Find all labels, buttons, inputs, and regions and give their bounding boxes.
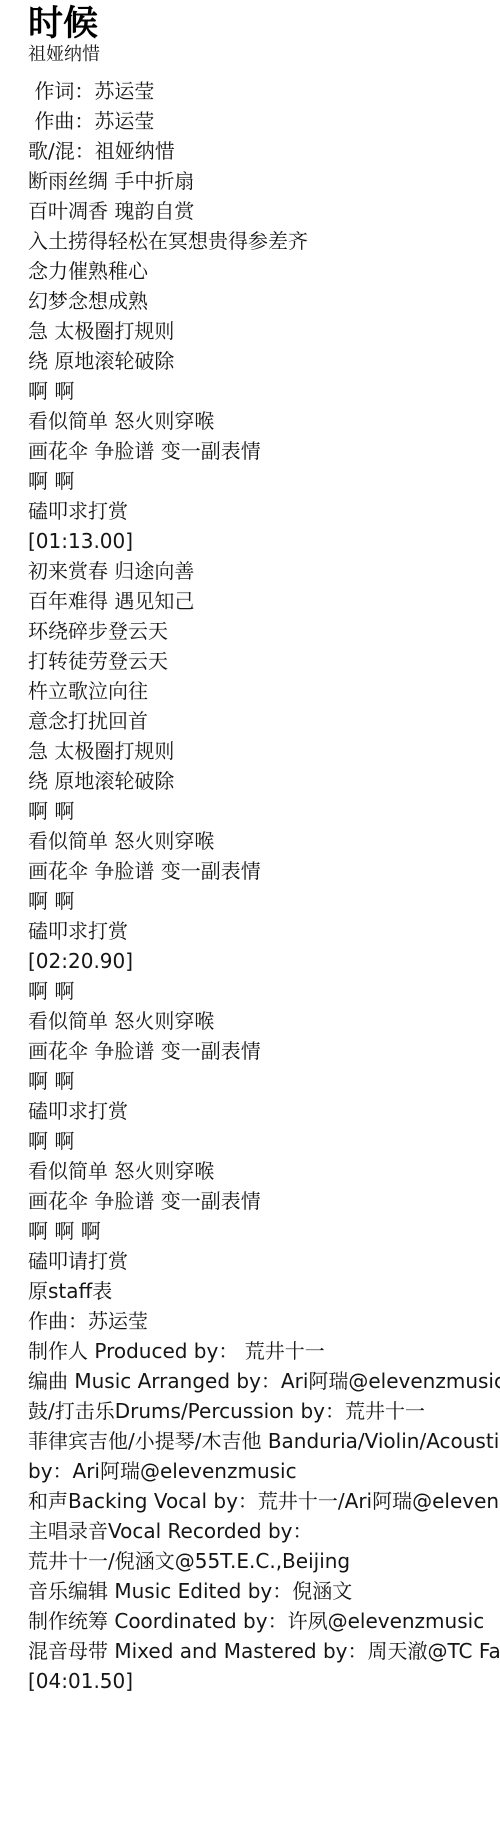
lyric-line: 急 太极圈打规则 xyxy=(28,736,500,766)
lyric-line: 磕叩求打赏 xyxy=(28,916,500,946)
lyric-line: 混音母带 Mixed and Mastered by：周天澈@TC Faders xyxy=(28,1636,500,1666)
lyric-line: 啊 啊 xyxy=(28,466,500,496)
lyric-line: 磕叩求打赏 xyxy=(28,1096,500,1126)
lyric-line: 急 太极圈打规则 xyxy=(28,316,500,346)
lyric-line: 啊 啊 xyxy=(28,1066,500,1096)
lyric-line: 制作人 Produced by： 荒井十一 xyxy=(28,1336,500,1366)
lyric-line: 磕叩请打赏 xyxy=(28,1246,500,1276)
lyric-line: 歌/混：祖娅纳惜 xyxy=(28,136,500,166)
lyric-line: 念力催熟稚心 xyxy=(28,256,500,286)
lyric-line: 原staff表 xyxy=(28,1276,500,1306)
lyric-line: 打转徒劳登云天 xyxy=(28,646,500,676)
lyric-line: 鼓/打击乐Drums/Percussion by：荒井十一 xyxy=(28,1396,500,1426)
lyric-line: 编曲 Music Arranged by：Ari阿瑞@elevenzmusic/… xyxy=(28,1366,500,1396)
lyric-line: 杵立歌泣向往 xyxy=(28,676,500,706)
timestamp-line: [04:01.50] xyxy=(28,1666,500,1696)
song-title: 时候 xyxy=(28,6,500,42)
lyric-line: 意念打扰回首 xyxy=(28,706,500,736)
lyric-line: 百叶凋香 瑰韵自赏 xyxy=(28,196,500,226)
lyric-line: 幻梦念想成熟 xyxy=(28,286,500,316)
artist-name: 祖娅纳惜 xyxy=(28,46,500,64)
lyric-line: 荒井十一/倪涵文@55T.E.C.,Beijing xyxy=(28,1546,500,1576)
lyrics-lines: 作词：苏运莹 作曲：苏运莹歌/混：祖娅纳惜断雨丝绸 手中折扇百叶凋香 瑰韵自赏入… xyxy=(28,76,500,1696)
lyric-line: 作词：苏运莹 xyxy=(28,76,500,106)
lyrics-page: 时候 祖娅纳惜 作词：苏运莹 作曲：苏运莹歌/混：祖娅纳惜断雨丝绸 手中折扇百叶… xyxy=(0,0,500,1840)
lyric-line: 百年难得 遇见知己 xyxy=(28,586,500,616)
timestamp-line: [02:20.90] xyxy=(28,946,500,976)
lyric-line: 啊 啊 xyxy=(28,796,500,826)
lyric-line: 画花伞 争脸谱 变一副表情 xyxy=(28,856,500,886)
lyric-line: 绕 原地滚轮破除 xyxy=(28,346,500,376)
lyric-line: 和声Backing Vocal by：荒井十一/Ari阿瑞@elevenzmus… xyxy=(28,1486,500,1516)
lyric-line: 断雨丝绸 手中折扇 xyxy=(28,166,500,196)
lyric-line: 主唱录音Vocal Recorded by： xyxy=(28,1516,500,1546)
lyric-line: 看似简单 怒火则穿喉 xyxy=(28,1156,500,1186)
lyric-line: 入土捞得轻松在冥想贵得参差齐 xyxy=(28,226,500,256)
lyric-line: 看似简单 怒火则穿喉 xyxy=(28,1006,500,1036)
lyric-line: 作曲：苏运莹 xyxy=(28,1306,500,1336)
lyric-line: 看似简单 怒火则穿喉 xyxy=(28,826,500,856)
lyric-line: 啊 啊 xyxy=(28,976,500,1006)
lyric-line: 啊 啊 啊 xyxy=(28,1216,500,1246)
lyric-line: 绕 原地滚轮破除 xyxy=(28,766,500,796)
lyric-line: 音乐编辑 Music Edited by：倪涵文 xyxy=(28,1576,500,1606)
lyric-line: 啊 啊 xyxy=(28,376,500,406)
timestamp-line: [01:13.00] xyxy=(28,526,500,556)
lyric-line: 画花伞 争脸谱 变一副表情 xyxy=(28,1036,500,1066)
lyric-line: 看似简单 怒火则穿喉 xyxy=(28,406,500,436)
lyric-line: 啊 啊 xyxy=(28,886,500,916)
lyric-line: 啊 啊 xyxy=(28,1126,500,1156)
lyric-line: 画花伞 争脸谱 变一副表情 xyxy=(28,436,500,466)
lyric-line: by：Ari阿瑞@elevenzmusic xyxy=(28,1456,500,1486)
lyric-line: 画花伞 争脸谱 变一副表情 xyxy=(28,1186,500,1216)
lyric-line: 制作统筹 Coordinated by：许夙@elevenzmusic xyxy=(28,1606,500,1636)
lyric-line: 菲律宾吉他/小提琴/木吉他 Banduria/Violin/Acoustic G… xyxy=(28,1426,500,1456)
lyric-line: 磕叩求打赏 xyxy=(28,496,500,526)
lyric-line: 作曲：苏运莹 xyxy=(28,106,500,136)
lyric-line: 环绕碎步登云天 xyxy=(28,616,500,646)
lyric-line: 初来赏春 归途向善 xyxy=(28,556,500,586)
